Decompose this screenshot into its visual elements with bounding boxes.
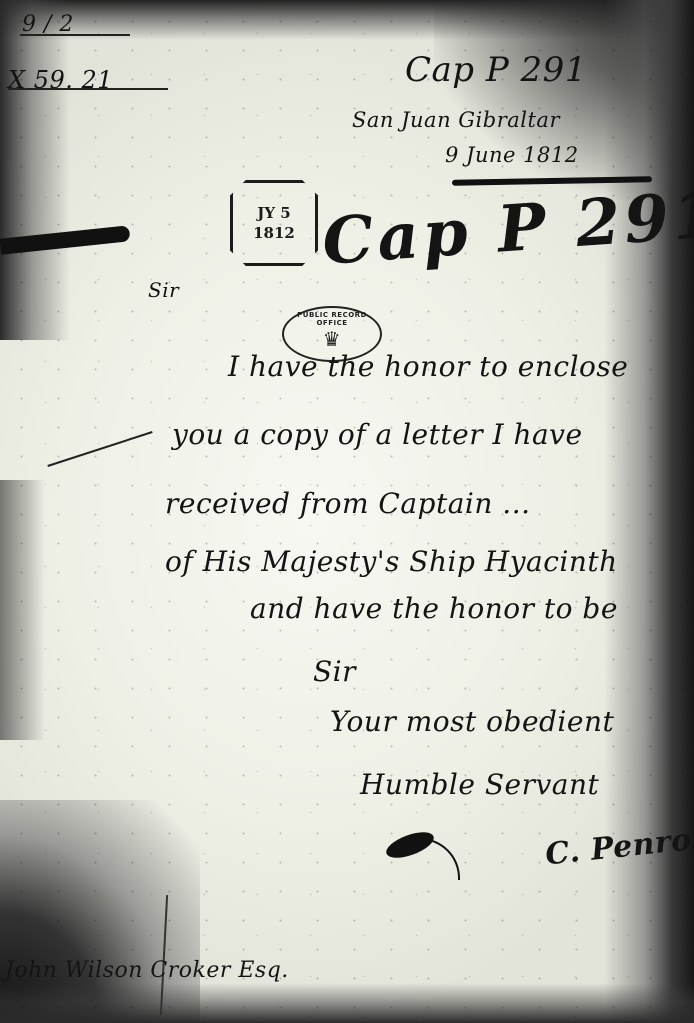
closing-sir: Sir (313, 655, 356, 688)
crown-icon: ♛ (323, 327, 341, 351)
letter-date: 9 June 1812 (445, 143, 579, 167)
archive-ref-second-underline (8, 88, 168, 90)
received-date-stamp: JY 5 1812 (230, 180, 318, 266)
body-line-5: and have the honor to be (250, 592, 618, 625)
stamp-text: PUBLIC RECORD OFFICE (284, 311, 380, 327)
received-stamp-line2: 1812 (253, 223, 295, 243)
letter-location: San Juan Gibraltar (352, 108, 560, 132)
addressee: John Wilson Croker Esq. (5, 958, 289, 983)
catalog-number-small: Cap P 291 (405, 50, 587, 90)
body-line-3: received from Captain ... (165, 487, 531, 520)
document-page: 9 / 2 X 59. 21 Cap P 291 San Juan Gibral… (0, 0, 694, 1023)
salutation: Sir (148, 278, 179, 302)
closing-line-2: Humble Servant (360, 768, 599, 801)
body-line-2: you a copy of a letter I have (172, 418, 583, 451)
archive-ref-underline (20, 34, 130, 36)
body-line-1: I have the honor to enclose (228, 350, 628, 383)
body-line-4: of His Majesty's Ship Hyacinth (165, 545, 618, 578)
closing-line-1: Your most obedient (330, 705, 614, 738)
received-stamp-line1: JY 5 (257, 203, 290, 223)
